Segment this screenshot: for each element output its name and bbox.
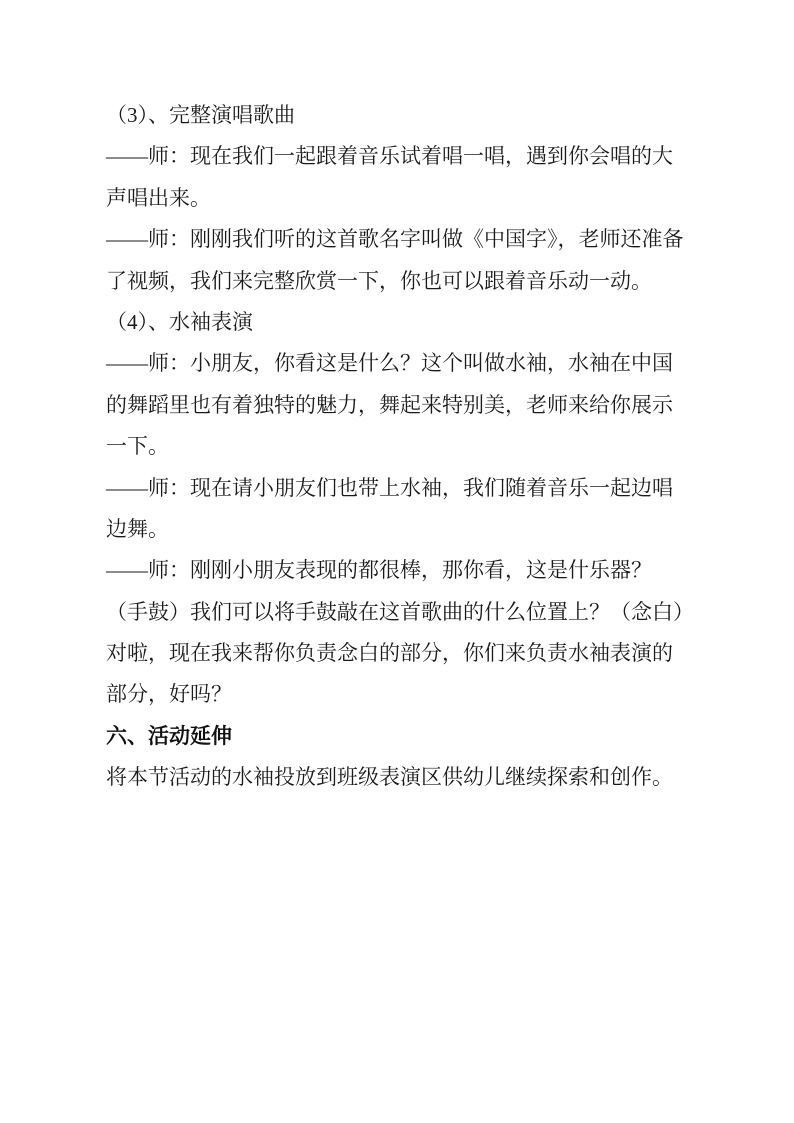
document-body: （3）、完整演唱歌曲 ——师：现在我们一起跟着音乐试着唱一唱，遇到你会唱的大 声… xyxy=(106,95,692,799)
text-line: ——师：小朋友，你看这是什么？这个叫做水袖，水袖在中国 xyxy=(106,343,692,384)
text-line: ——师：现在我们一起跟着音乐试着唱一唱，遇到你会唱的大 xyxy=(106,136,692,177)
text-line: ——师：现在请小朋友们也带上水袖，我们随着音乐一起边唱 xyxy=(106,468,692,509)
text-line: 对啦，现在我来帮你负责念白的部分，你们来负责水袖表演的 xyxy=(106,633,692,674)
subsection-title-line: （4）、水袖表演 xyxy=(106,302,692,343)
subsection-title-line: （3）、完整演唱歌曲 xyxy=(106,95,692,136)
text-line: 声唱出来。 xyxy=(106,178,692,219)
text-line: ——师：刚刚小朋友表现的都很棒，那你看，这是什乐器？ xyxy=(106,550,692,591)
text-line: 边舞。 xyxy=(106,509,692,550)
text-line: 了视频，我们来完整欣赏一下，你也可以跟着音乐动一动。 xyxy=(106,261,692,302)
text-line: （手鼓）我们可以将手鼓敲在这首歌曲的什么位置上？（念白） xyxy=(106,592,692,633)
text-line: 的舞蹈里也有着独特的魅力，舞起来特别美，老师来给你展示 xyxy=(106,385,692,426)
text-line: 一下。 xyxy=(106,426,692,467)
document-page: （3）、完整演唱歌曲 ——师：现在我们一起跟着音乐试着唱一唱，遇到你会唱的大 声… xyxy=(0,0,794,1123)
section-heading: 六、活动延伸 xyxy=(106,716,692,757)
text-line: 部分，好吗？ xyxy=(106,674,692,715)
text-line: 将本节活动的水袖投放到班级表演区供幼儿继续探索和创作。 xyxy=(106,757,692,798)
text-line: ——师：刚刚我们听的这首歌名字叫做《中国字》，老师还准备 xyxy=(106,219,692,260)
